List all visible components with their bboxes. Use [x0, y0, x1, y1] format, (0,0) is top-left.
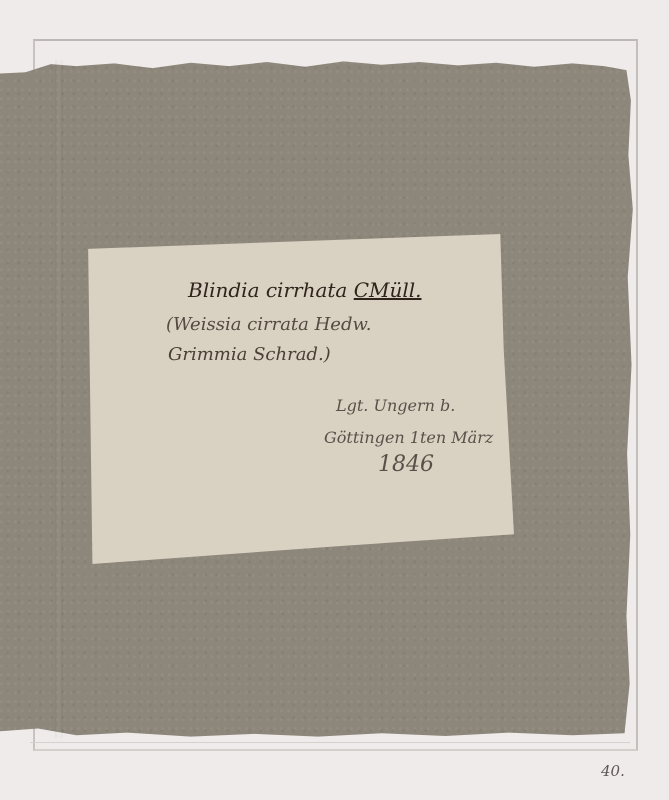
paper-fold-line	[55, 60, 63, 738]
mount-frame-bottom-line	[30, 742, 630, 743]
label-year: 1846	[378, 452, 434, 477]
label-locality-date: Göttingen 1ten März	[324, 428, 493, 447]
taxon-name: Blindia cirrhata	[188, 278, 347, 302]
page-number: 40.	[601, 762, 625, 780]
label-taxon-name: Blindia cirrhata CMüll.	[188, 278, 422, 302]
label-collector: Lgt. Ungern b.	[336, 396, 455, 415]
label-synonym-2: Grimmia Schrad.)	[168, 344, 331, 365]
taxon-author: CMüll.	[354, 278, 422, 302]
label-synonym-1: (Weissia cirrata Hedw.	[166, 314, 371, 335]
